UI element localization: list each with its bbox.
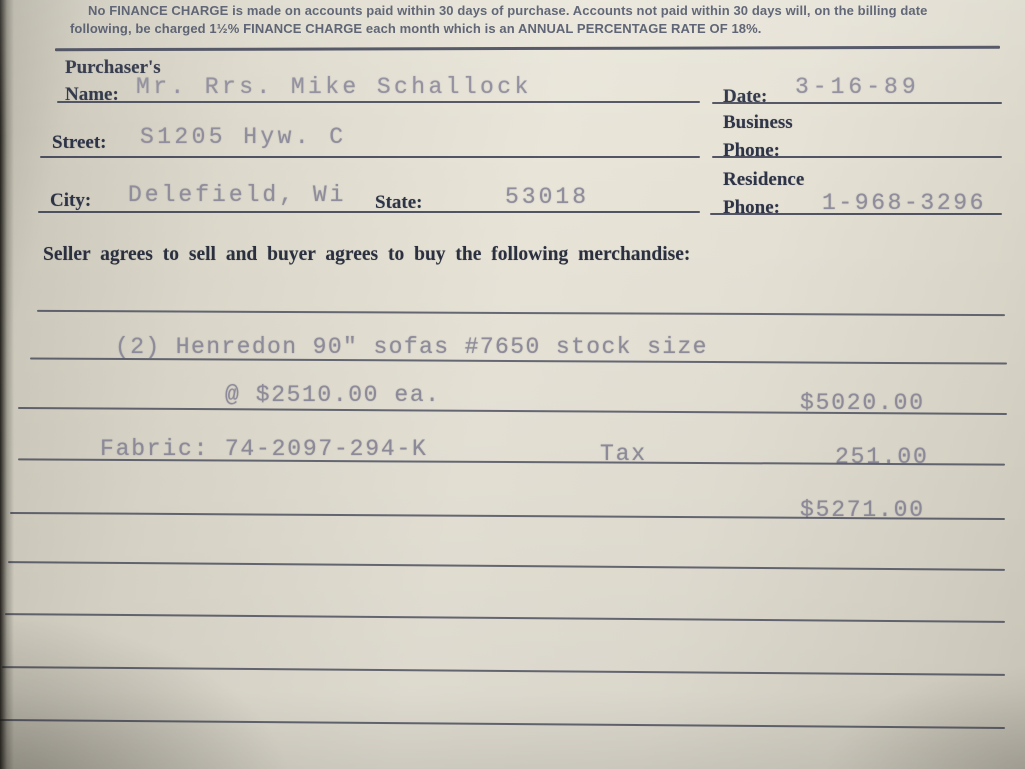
blank-rule-3 xyxy=(2,666,1005,676)
city-value: Delefield, Wi xyxy=(128,182,346,208)
merch-row-1-description: (2) Henredon 90" sofas #7650 stock size xyxy=(115,334,708,360)
name-underline xyxy=(57,101,700,103)
city-label: City: xyxy=(50,190,91,212)
merch-row-3-description: Fabric: 74-2097-294-K xyxy=(100,436,428,462)
merch-row-2-description: @ $2510.00 ea. xyxy=(225,382,441,408)
business-label: Business xyxy=(723,112,793,134)
street-value: S1205 Hyw. C xyxy=(140,124,346,150)
blank-rule-2 xyxy=(5,613,1005,623)
blank-rule-1 xyxy=(8,561,1005,571)
city-underline xyxy=(38,211,700,213)
residence-label: Residence xyxy=(723,169,804,191)
residence-phone-label: Phone: xyxy=(723,197,780,219)
residence-underline xyxy=(710,213,1002,215)
document-photo: No FINANCE CHARGE is made on accounts pa… xyxy=(0,0,1025,769)
finance-notice-line-1: No FINANCE CHARGE is made on accounts pa… xyxy=(88,3,927,18)
state-value: 53018 xyxy=(505,184,589,210)
date-label: Date: xyxy=(723,86,767,108)
top-rule xyxy=(55,46,1000,51)
merch-row-3-amount: 251.00 xyxy=(835,444,929,470)
name-value: Mr. Rrs. Mike Schallock xyxy=(136,74,532,100)
street-label: Street: xyxy=(52,132,107,154)
finance-notice-line-2: following, be charged 1½% FINANCE CHARGE… xyxy=(70,21,762,36)
street-underline xyxy=(40,156,700,158)
business-underline xyxy=(712,156,1002,158)
agreement-statement: Seller agrees to sell and buyer agrees t… xyxy=(43,244,690,266)
business-phone-label: Phone: xyxy=(723,140,780,162)
date-value: 3-16-89 xyxy=(795,74,920,100)
date-underline xyxy=(712,102,1002,104)
merch-rule-0 xyxy=(37,310,1005,316)
blank-rule-4 xyxy=(0,719,1005,729)
